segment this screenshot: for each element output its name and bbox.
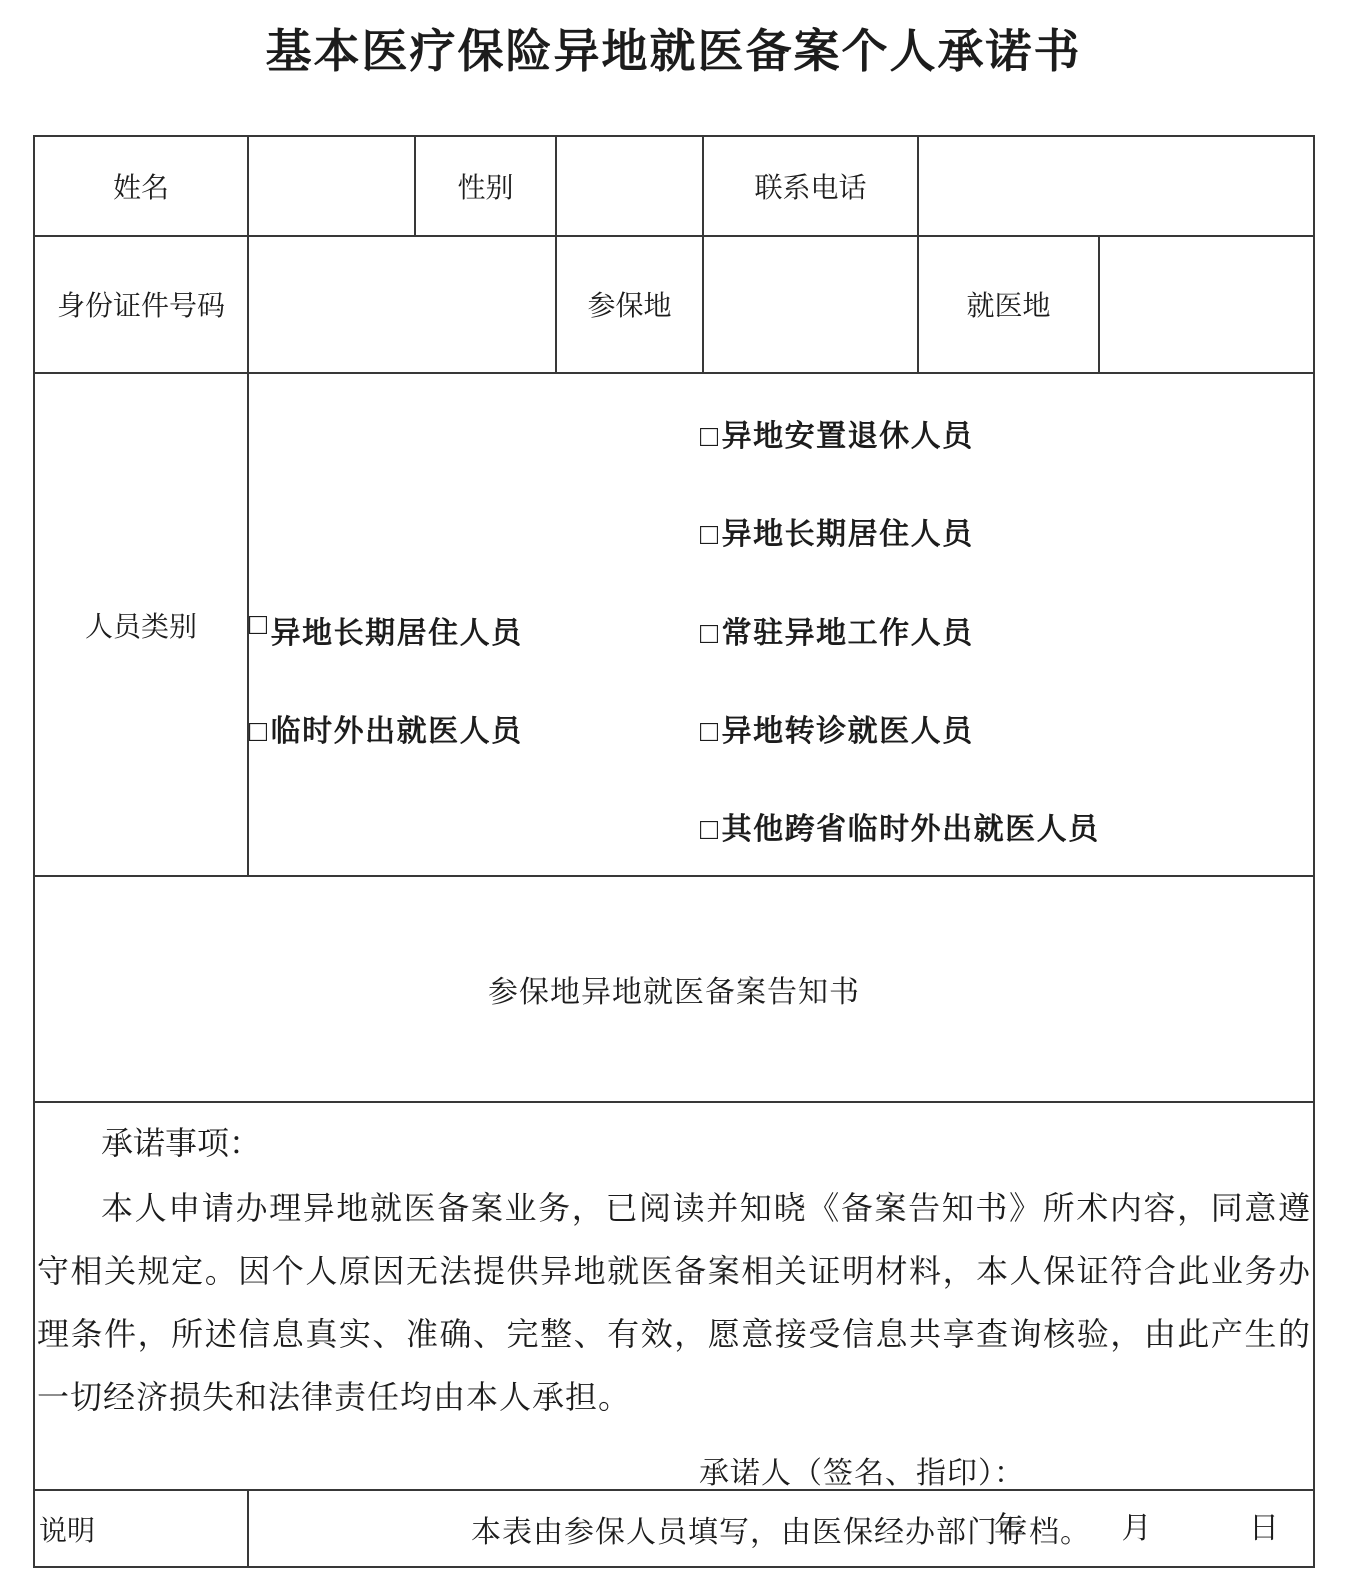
gender-label: 性别 [457,166,513,206]
option-label: 异地转诊就医人员 [722,715,974,748]
option-line: □异地长期居住人员 □常驻异地工作人员 [249,581,1313,679]
option-line: □异地安置退休人员 [249,384,1313,482]
commitment-body: 本人申请办理异地就医备案业务，已阅读并知晓《备案告知书》所术内容，同意遵守相关规… [37,1177,1311,1429]
id-label: 身份证件号码 [57,284,225,324]
person-category-label: 人员类别 [85,605,197,645]
row-notice: 参保地异地就医备案告知书 [35,877,1313,1103]
option-referral-patient: □异地转诊就医人员 [700,706,974,750]
row-name-gender-phone: 姓名 性别 联系电话 [35,137,1313,237]
note-content-cell: 本表由参保人员填写，由医保经办部门存档。 [247,1491,1313,1566]
name-label-cell: 姓名 [35,137,247,235]
option-stationed-worker: □常驻异地工作人员 [700,608,974,652]
checkbox-icon[interactable]: □ [700,617,720,651]
checkbox-icon[interactable]: □ [700,420,720,454]
option-long-term-resident-left: □异地长期居住人员 [249,608,700,652]
checkbox-icon[interactable]: □ [700,715,720,749]
row-commitment: 承诺事项： 本人申请办理异地就医备案业务，已阅读并知晓《备案告知书》所术内容，同… [35,1103,1313,1491]
page-title: 基本医疗保险异地就医备案个人承诺书 [0,24,1347,80]
id-value-cell[interactable] [247,237,555,372]
option-temporary-outpatient: □临时外出就医人员 [249,706,700,750]
phone-label: 联系电话 [754,166,866,206]
treatment-place-value-cell[interactable] [1098,237,1313,372]
treatment-place-label-cell: 就医地 [917,237,1098,372]
checkbox-icon[interactable]: □ [700,518,720,552]
option-label: 异地安置退休人员 [722,420,974,453]
name-label: 姓名 [113,166,169,206]
id-label-cell: 身份证件号码 [35,237,247,372]
gender-value-cell[interactable] [555,137,702,235]
notice-cell: 参保地异地就医备案告知书 [35,877,1313,1101]
option-long-term-resident-right: □异地长期居住人员 [700,509,974,553]
option-line: □异地长期居住人员 [249,482,1313,580]
option-line: □临时外出就医人员 □异地转诊就医人员 [249,679,1313,777]
option-label: 其他跨省临时外出就医人员 [722,813,1100,846]
checkbox-icon[interactable]: □ [249,715,269,749]
document-page: 基本医疗保险异地就医备案个人承诺书 姓名 性别 联系电话 身份证件号码 参保 [0,0,1347,1588]
insured-place-label-cell: 参保地 [555,237,702,372]
option-other-cross-province: □其他跨省临时外出就医人员 [700,804,1100,848]
insured-place-label: 参保地 [587,284,671,324]
option-label: 异地长期居住人员 [271,617,523,650]
option-line: □其他跨省临时外出就医人员 [249,777,1313,875]
commitment-heading: 承诺事项： [37,1123,1311,1163]
option-label: 异地长期居住人员 [722,518,974,551]
option-label: 临时外出就医人员 [271,715,523,748]
checkbox-icon[interactable]: □ [249,608,269,642]
phone-value-cell[interactable] [917,137,1313,235]
form-table: 姓名 性别 联系电话 身份证件号码 参保地 就医地 [33,135,1315,1568]
signature-label[interactable]: 承诺人（签名、指印）： [699,1457,1025,1490]
checkbox-icon[interactable]: □ [700,813,720,847]
row-note: 说明 本表由参保人员填写，由医保经办部门存档。 [35,1491,1313,1566]
treatment-place-label: 就医地 [966,284,1050,324]
option-label: 常驻异地工作人员 [722,617,974,650]
gender-label-cell: 性别 [414,137,555,235]
phone-label-cell: 联系电话 [702,137,917,235]
note-content: 本表由参保人员填写，由医保经办部门存档。 [471,1507,1091,1551]
note-label-cell: 说明 [35,1491,247,1566]
person-category-label-cell: 人员类别 [35,374,247,875]
row-person-category: 人员类别 □异地安置退休人员 □异地长期居住人员 □异地长期居住人员 □常驻异地… [35,374,1313,877]
note-label: 说明 [39,1509,95,1549]
person-category-options-cell: □异地安置退休人员 □异地长期居住人员 □异地长期居住人员 □常驻异地工作人员 … [247,374,1313,875]
signature-line: 承诺人（签名、指印）： [37,1454,1311,1494]
option-retired-relocated: □异地安置退休人员 [700,411,974,455]
name-value-cell[interactable] [247,137,414,235]
notice-title: 参保地异地就医备案告知书 [488,967,860,1011]
row-id-places: 身份证件号码 参保地 就医地 [35,237,1313,374]
insured-place-value-cell[interactable] [702,237,917,372]
